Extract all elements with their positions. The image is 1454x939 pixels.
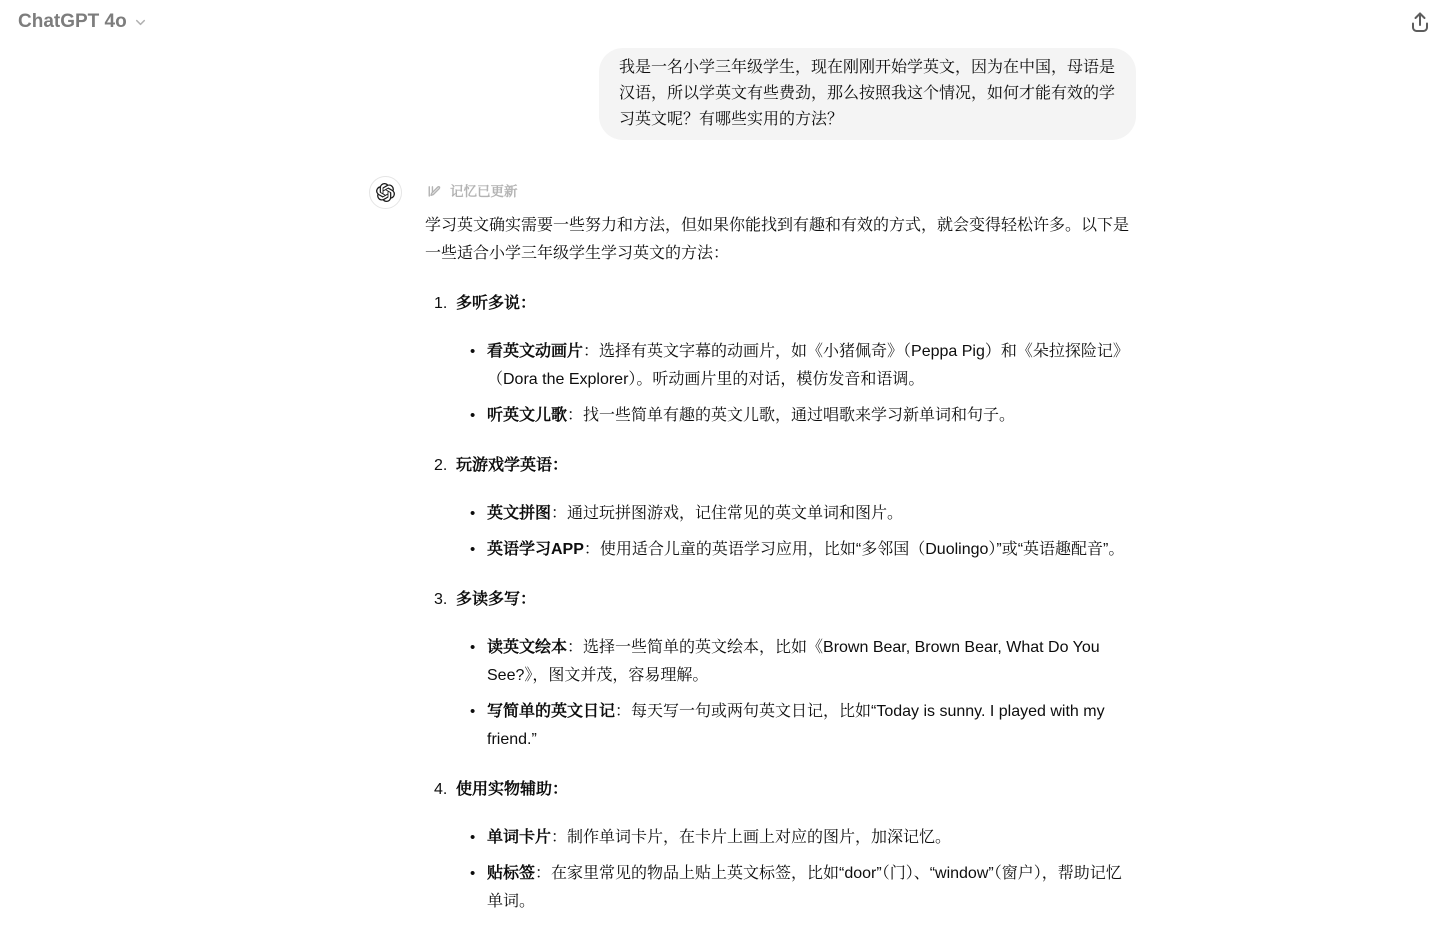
section-title: 使用实物辅助： [456, 776, 568, 804]
bullet-icon: • [470, 634, 487, 690]
bullet-text-block: 英文拼图：通过玩拼图游戏，记住常见的英文单词和图片。 [487, 500, 1136, 528]
list-section: 1.多听多说：•看英文动画片：选择有英文字幕的动画片，如《小猪佩奇》（Peppa… [425, 290, 1136, 430]
list-section: 3.多读多写：•读英文绘本：选择一些简单的英文绘本，比如《Brown Bear,… [425, 586, 1136, 754]
conversation: 我是一名小学三年级学生，现在刚刚开始学英文，因为在中国，母语是汉语，所以学英文有… [369, 48, 1136, 916]
bullet-label: 读英文绘本 [487, 639, 567, 656]
assistant-intro-paragraph: 学习英文确实需要一些努力和方法，但如果你能找到有趣和有效的方式，就会变得轻松许多… [425, 212, 1136, 268]
bullet-item: •看英文动画片：选择有英文字幕的动画片，如《小猪佩奇》（Peppa Pig）和《… [470, 338, 1136, 394]
section-bullet-list: •单词卡片：制作单词卡片，在卡片上画上对应的图片，加深记忆。•贴标签：在家里常见… [425, 824, 1136, 916]
section-title: 玩游戏学英语： [456, 452, 568, 480]
bullet-text-block: 英语学习APP：使用适合儿童的英语学习应用，比如“多邻国（Duolingo）”或… [487, 536, 1136, 564]
section-heading: 1.多听多说： [425, 290, 1136, 318]
assistant-message-content: 记忆已更新 学习英文确实需要一些努力和方法，但如果你能找到有趣和有效的方式，就会… [425, 176, 1136, 916]
bullet-text: ：制作单词卡片，在卡片上画上对应的图片，加深记忆。 [551, 829, 951, 846]
bullet-text-block: 单词卡片：制作单词卡片，在卡片上画上对应的图片，加深记忆。 [487, 824, 1136, 852]
model-label: ChatGPT 4o [18, 11, 127, 33]
section-number: 1. [434, 290, 456, 318]
bullet-label: 听英文儿歌 [487, 407, 567, 424]
bullet-icon: • [470, 500, 487, 528]
user-message-row: 我是一名小学三年级学生，现在刚刚开始学英文，因为在中国，母语是汉语，所以学英文有… [369, 48, 1136, 140]
bullet-text-block: 贴标签：在家里常见的物品上贴上英文标签，比如“door”（门）、“window”… [487, 860, 1136, 916]
bullet-icon: • [470, 698, 487, 754]
openai-logo-icon [376, 183, 395, 202]
memory-updated-label: 记忆已更新 [450, 182, 518, 202]
bullet-icon: • [470, 338, 487, 394]
section-title: 多读多写： [456, 586, 536, 614]
bullet-label: 看英文动画片 [487, 343, 583, 360]
bullet-label: 英语学习APP [487, 541, 584, 558]
share-icon [1408, 10, 1432, 34]
bullet-text: ：选择一些简单的英文绘本，比如《Brown Bear, Brown Bear, … [487, 639, 1100, 684]
section-title: 多听多说： [456, 290, 536, 318]
bullet-text-block: 听英文儿歌：找一些简单有趣的英文儿歌，通过唱歌来学习新单词和句子。 [487, 402, 1136, 430]
section-bullet-list: •英文拼图：通过玩拼图游戏，记住常见的英文单词和图片。•英语学习APP：使用适合… [425, 500, 1136, 564]
section-number: 3. [434, 586, 456, 614]
assistant-avatar [369, 176, 402, 209]
bullet-item: •听英文儿歌：找一些简单有趣的英文儿歌，通过唱歌来学习新单词和句子。 [470, 402, 1136, 430]
assistant-sections: 1.多听多说：•看英文动画片：选择有英文字幕的动画片，如《小猪佩奇》（Peppa… [425, 290, 1136, 916]
section-number: 4. [434, 776, 456, 804]
section-heading: 3.多读多写： [425, 586, 1136, 614]
bullet-item: •英语学习APP：使用适合儿童的英语学习应用，比如“多邻国（Duolingo）”… [470, 536, 1136, 564]
bullet-text: ：找一些简单有趣的英文儿歌，通过唱歌来学习新单词和句子。 [567, 407, 1015, 424]
memory-pencil-icon [425, 184, 442, 201]
bullet-icon: • [470, 402, 487, 430]
list-section: 4.使用实物辅助：•单词卡片：制作单词卡片，在卡片上画上对应的图片，加深记忆。•… [425, 776, 1136, 916]
section-heading: 4.使用实物辅助： [425, 776, 1136, 804]
bullet-text-block: 读英文绘本：选择一些简单的英文绘本，比如《Brown Bear, Brown B… [487, 634, 1136, 690]
bullet-item: •单词卡片：制作单词卡片，在卡片上画上对应的图片，加深记忆。 [470, 824, 1136, 852]
bullet-item: •贴标签：在家里常见的物品上贴上英文标签，比如“door”（门）、“window… [470, 860, 1136, 916]
section-bullet-list: •看英文动画片：选择有英文字幕的动画片，如《小猪佩奇》（Peppa Pig）和《… [425, 338, 1136, 430]
bullet-item: •读英文绘本：选择一些简单的英文绘本，比如《Brown Bear, Brown … [470, 634, 1136, 690]
bullet-item: •写简单的英文日记：每天写一句或两句英文日记，比如“Today is sunny… [470, 698, 1136, 754]
bullet-text: ：选择有英文字幕的动画片，如《小猪佩奇》（Peppa Pig）和《朵拉探险记》（… [487, 343, 1129, 388]
bullet-item: •英文拼图：通过玩拼图游戏，记住常见的英文单词和图片。 [470, 500, 1136, 528]
model-switcher[interactable]: ChatGPT 4o [18, 11, 148, 33]
bullet-icon: • [470, 824, 487, 852]
user-message-bubble: 我是一名小学三年级学生，现在刚刚开始学英文，因为在中国，母语是汉语，所以学英文有… [599, 48, 1136, 140]
section-heading: 2.玩游戏学英语： [425, 452, 1136, 480]
assistant-message-row: 记忆已更新 学习英文确实需要一些努力和方法，但如果你能找到有趣和有效的方式，就会… [369, 176, 1136, 916]
bullet-text: ：通过玩拼图游戏，记住常见的英文单词和图片。 [551, 505, 903, 522]
bullet-icon: • [470, 860, 487, 916]
memory-updated-notice[interactable]: 记忆已更新 [425, 182, 1136, 202]
bullet-icon: • [470, 536, 487, 564]
bullet-label: 英文拼图 [487, 505, 551, 522]
list-section: 2.玩游戏学英语：•英文拼图：通过玩拼图游戏，记住常见的英文单词和图片。•英语学… [425, 452, 1136, 564]
chevron-down-icon [133, 15, 148, 30]
top-bar: ChatGPT 4o [0, 0, 1454, 44]
section-bullet-list: •读英文绘本：选择一些简单的英文绘本，比如《Brown Bear, Brown … [425, 634, 1136, 754]
bullet-text-block: 看英文动画片：选择有英文字幕的动画片，如《小猪佩奇》（Peppa Pig）和《朵… [487, 338, 1136, 394]
share-button[interactable] [1404, 6, 1436, 38]
bullet-text-block: 写简单的英文日记：每天写一句或两句英文日记，比如“Today is sunny.… [487, 698, 1136, 754]
bullet-text: ：使用适合儿童的英语学习应用，比如“多邻国（Duolingo）”或“英语趣配音”… [584, 541, 1124, 558]
user-message-text: 我是一名小学三年级学生，现在刚刚开始学英文，因为在中国，母语是汉语，所以学英文有… [619, 59, 1115, 128]
bullet-text: ：在家里常见的物品上贴上英文标签，比如“door”（门）、“window”（窗户… [487, 865, 1122, 910]
section-number: 2. [434, 452, 456, 480]
bullet-label: 单词卡片 [487, 829, 551, 846]
bullet-label: 写简单的英文日记 [487, 703, 615, 720]
bullet-label: 贴标签 [487, 865, 535, 882]
